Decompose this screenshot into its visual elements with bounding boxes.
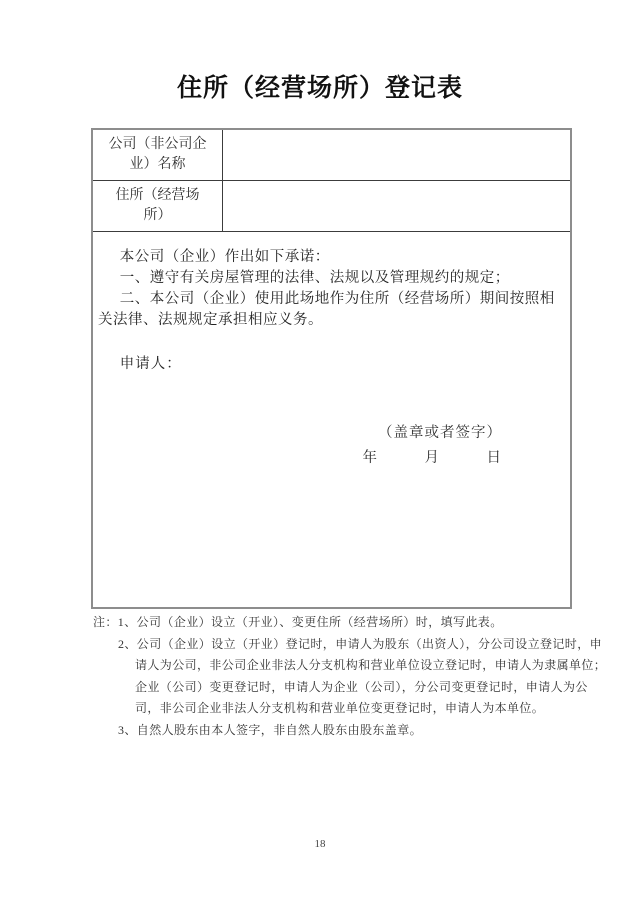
company-name-label-line1: 公司（非公司企 bbox=[109, 135, 207, 155]
address-label-line2: 所） bbox=[116, 206, 200, 226]
commitment-item-2-line2: 关法律、法规规定承担相应义务。 bbox=[98, 310, 564, 331]
company-name-label: 公司（非公司企 业）名称 bbox=[93, 130, 223, 180]
table-row-company-name: 公司（非公司企 业）名称 bbox=[93, 130, 570, 181]
note-line-5: 司，非公司企业非法人分支机构和营业单位变更登记时，申请人为本单位。 bbox=[93, 698, 628, 720]
note-line-1: 注：1、公司（企业）设立（开业）、变更住所（经营场所）时，填写此表。 bbox=[93, 612, 628, 634]
commitment-item-1: 一、遵守有关房屋管理的法律、法规以及管理规约的规定； bbox=[98, 268, 564, 289]
page-title: 住所（经营场所）登记表 bbox=[0, 68, 640, 104]
table-row-address: 住所（经营场 所） bbox=[93, 181, 570, 232]
registration-table: 公司（非公司企 业）名称 住所（经营场 所） 本公司（企业）作出如下承诺： 一、… bbox=[91, 128, 572, 609]
company-name-label-line2: 业）名称 bbox=[109, 155, 207, 175]
page-number: 18 bbox=[0, 838, 640, 850]
company-name-field[interactable] bbox=[223, 130, 570, 180]
document-page: 住所（经营场所）登记表 公司（非公司企 业）名称 住所（经营场 所） 本公司（企… bbox=[0, 0, 640, 905]
address-label-line1: 住所（经营场 bbox=[116, 186, 200, 206]
note-line-3: 请人为公司，非公司企业非法人分支机构和营业单位设立登记时，申请人为隶属单位； bbox=[93, 655, 628, 677]
note-line-4: 企业（公司）变更登记时，申请人为企业（公司），分公司变更登记时，申请人为公 bbox=[93, 677, 628, 699]
date-line: 年 月 日 bbox=[98, 446, 502, 471]
seal-or-signature-hint: （盖章或者签字） bbox=[98, 421, 502, 446]
note-line-6: 3、自然人股东由本人签字，非自然人股东由股东盖章。 bbox=[93, 720, 628, 742]
commitment-item-2-line1: 二、本公司（企业）使用此场地作为住所（经营场所）期间按照相 bbox=[98, 289, 564, 310]
address-label: 住所（经营场 所） bbox=[93, 181, 223, 231]
note-line-2: 2、公司（企业）设立（开业）登记时，申请人为股东（出资人），分公司设立登记时，申 bbox=[93, 634, 628, 656]
notes-section: 注：1、公司（企业）设立（开业）、变更住所（经营场所）时，填写此表。 2、公司（… bbox=[93, 612, 628, 741]
address-field[interactable] bbox=[223, 181, 570, 231]
commitment-intro: 本公司（企业）作出如下承诺： bbox=[98, 247, 564, 268]
applicant-label: 申请人： bbox=[98, 354, 564, 375]
signature-block: （盖章或者签字） 年 月 日 bbox=[98, 421, 564, 471]
commitment-cell: 本公司（企业）作出如下承诺： 一、遵守有关房屋管理的法律、法规以及管理规约的规定… bbox=[93, 232, 570, 607]
